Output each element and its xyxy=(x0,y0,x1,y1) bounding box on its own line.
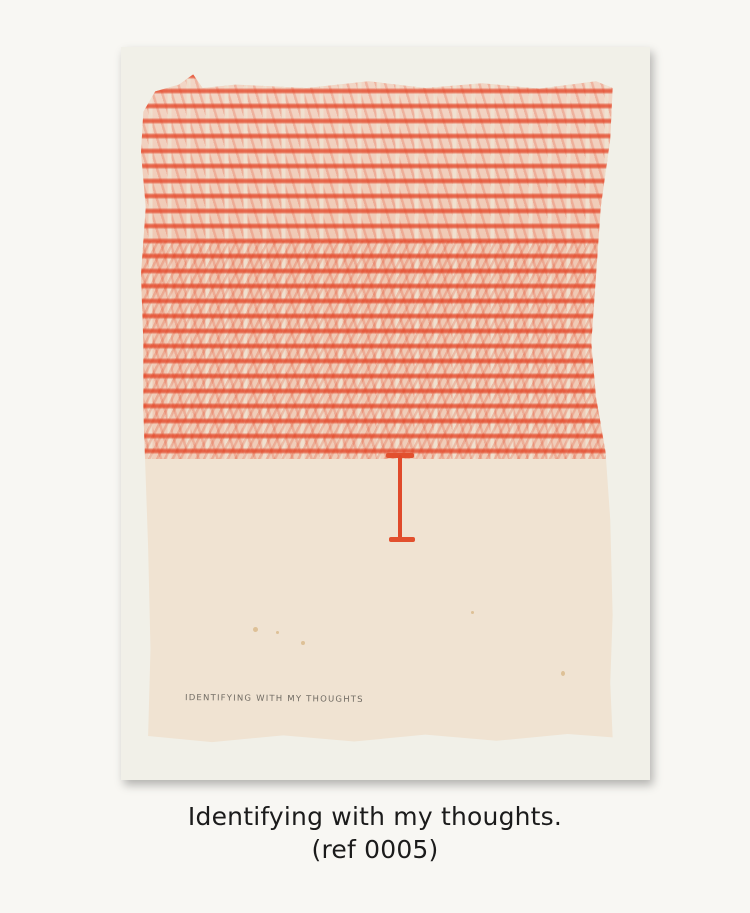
handmade-paper-artwork: IDENTIFYING WITH MY THOUGHTS xyxy=(141,71,615,751)
paper-stain xyxy=(301,641,305,645)
central-i-glyph xyxy=(386,453,420,543)
artwork-caption: Identifying with my thoughts. (ref 0005) xyxy=(0,800,750,866)
paper-stain xyxy=(471,611,474,614)
artwork-mount: IDENTIFYING WITH MY THOUGHTS xyxy=(121,47,650,780)
handwritten-pencil-title: IDENTIFYING WITH MY THOUGHTS xyxy=(185,693,364,705)
paper-stain xyxy=(561,671,565,676)
dense-writing-texture xyxy=(141,241,615,459)
caption-title: Identifying with my thoughts. xyxy=(0,800,750,833)
caption-ref: (ref 0005) xyxy=(0,833,750,866)
paper-stain xyxy=(253,627,258,632)
paper-stain xyxy=(276,631,279,634)
